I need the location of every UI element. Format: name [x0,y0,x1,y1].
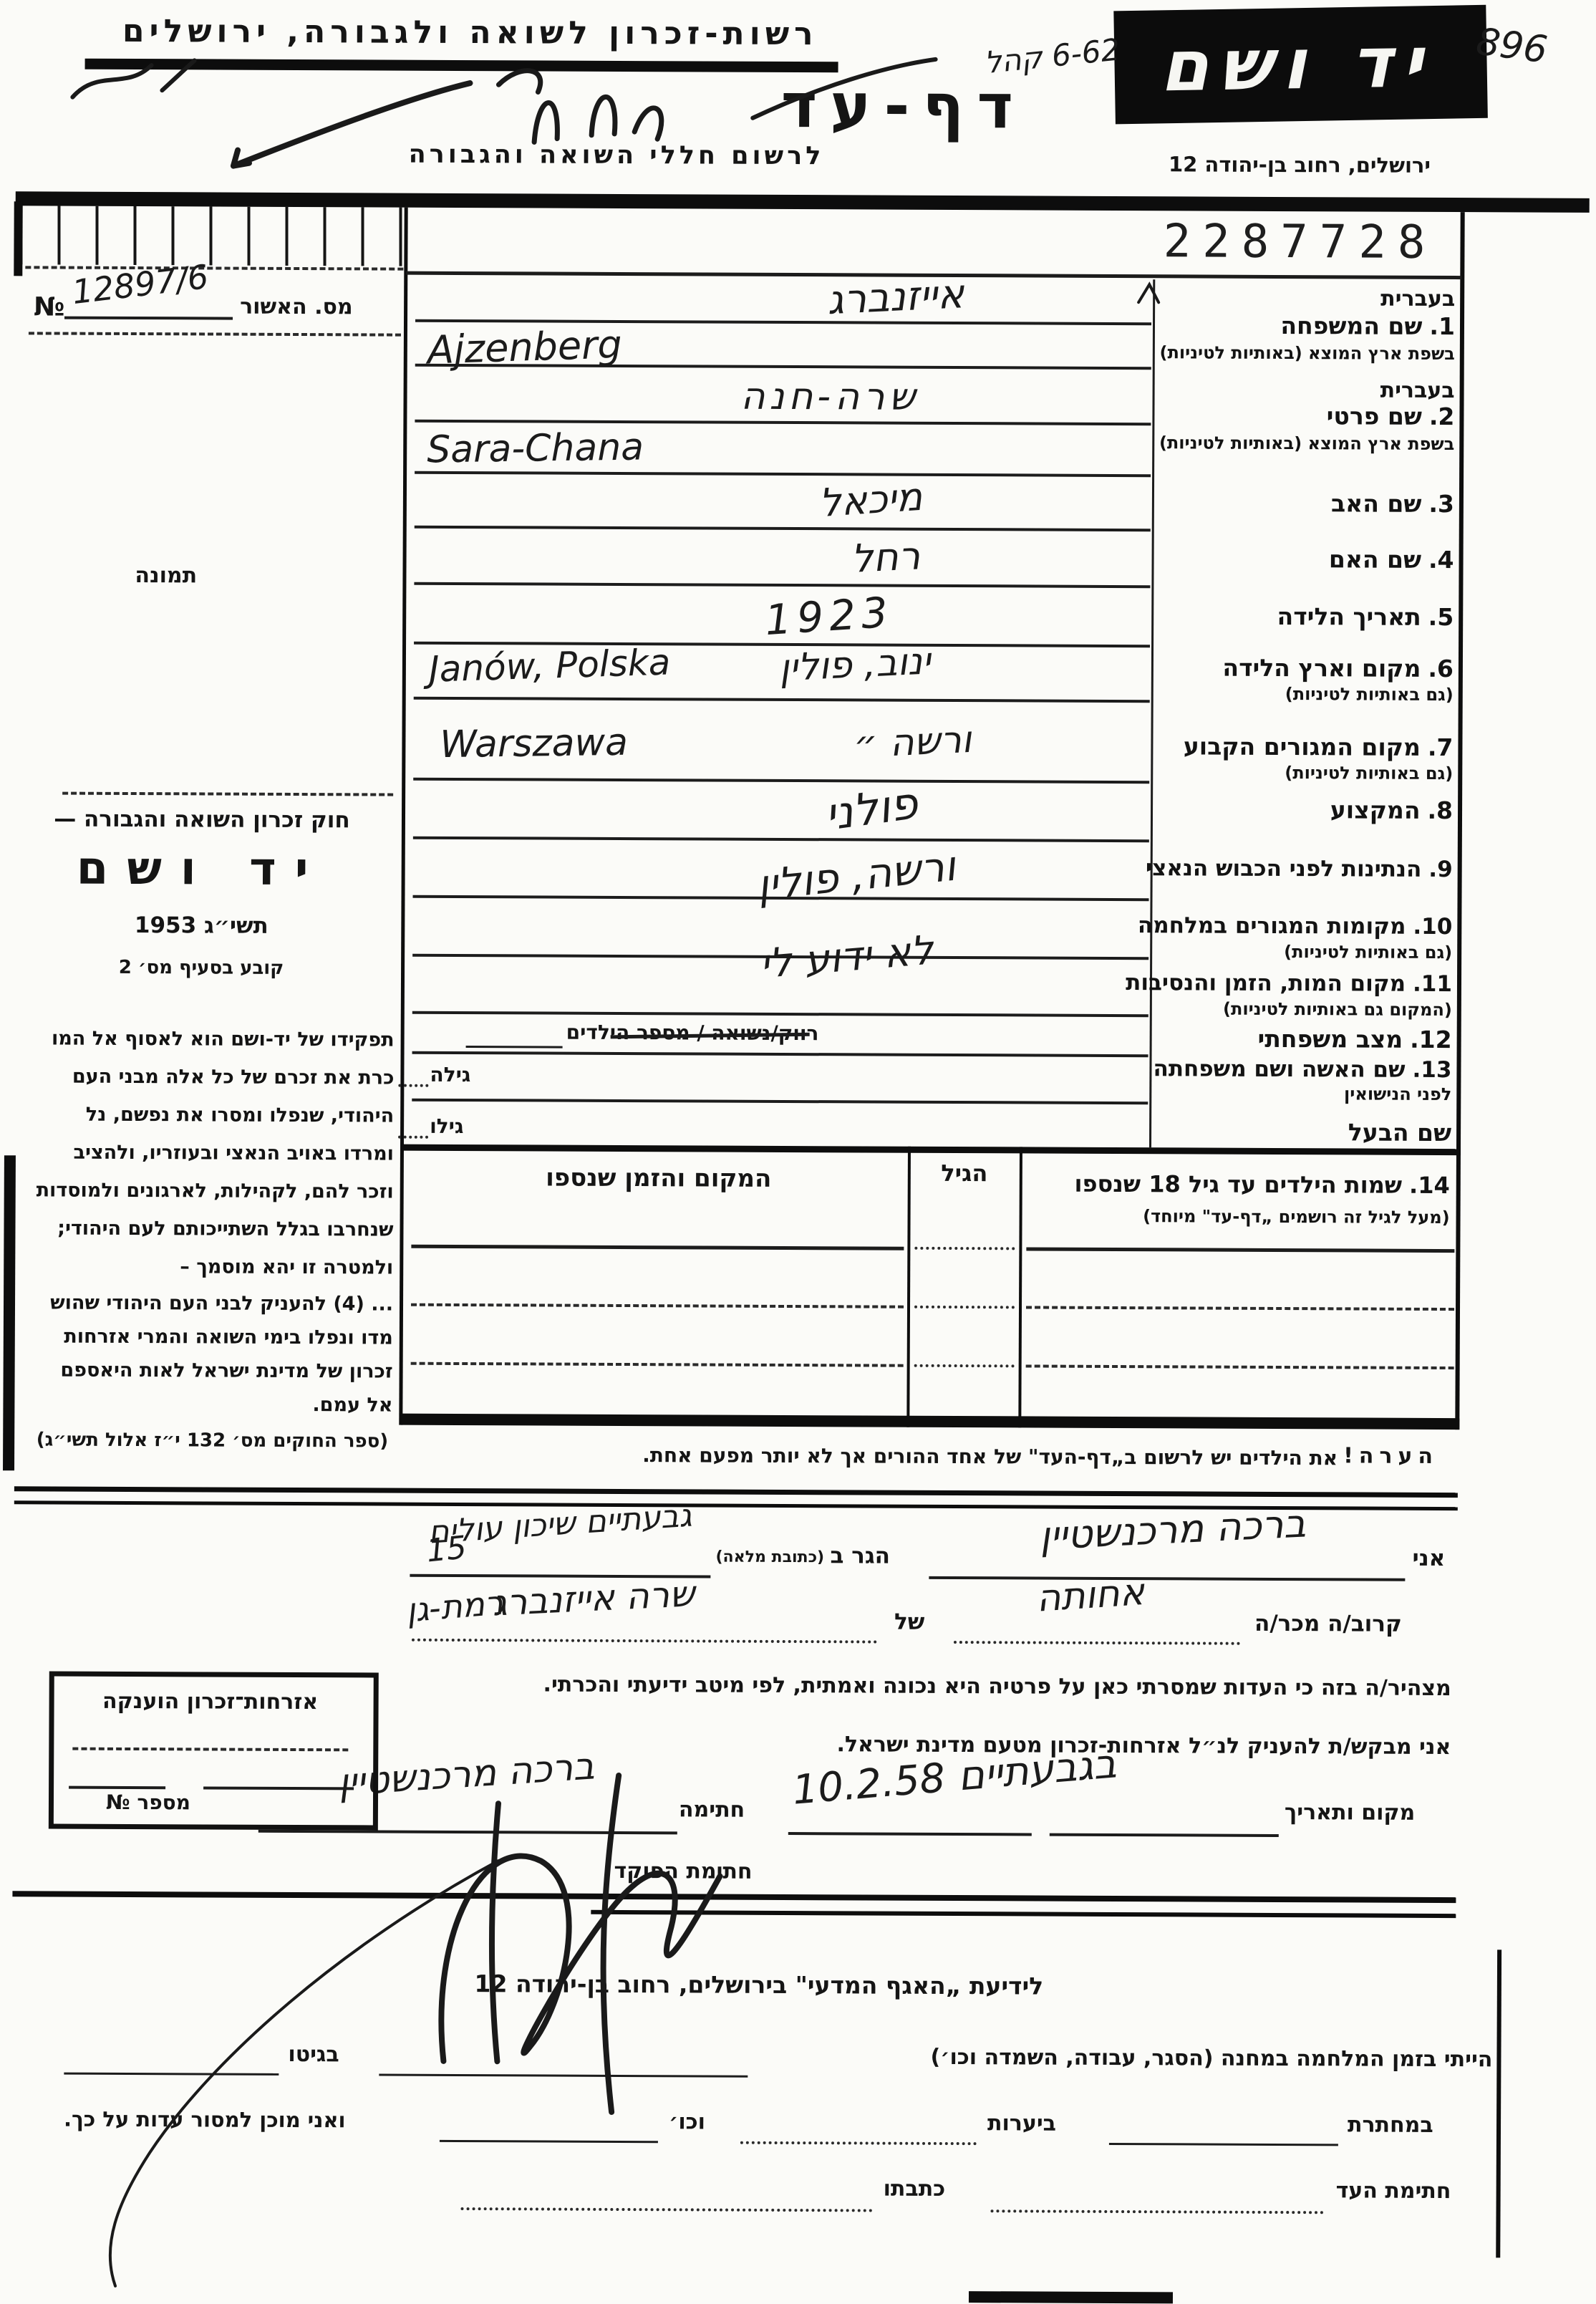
law-line: תפקידו של יד-ושם הוא לאסוף אל המו [8,1019,395,1059]
note-label: הערה! [1343,1443,1438,1469]
law-line: ולמטרה זו יהא מוסמך – [6,1247,393,1286]
children-table-col-divider-1 [906,1147,911,1427]
children-table-bottom-bar [401,1414,1459,1430]
field-number: 9. [1428,857,1453,882]
children-field-label-14: 14.שמות הילדים עד גיל 18 שנספו [1035,1170,1450,1200]
decl-statement: מצהיר/ה בזה כי העדות שמסרתי כאן על פרטיה… [402,1672,1451,1701]
field-number: 11. [1413,971,1452,997]
stamp-address: ירושלים, רחוב בן-יהודה 12 [1113,152,1486,178]
photo-placeholder-label: תמונה [135,563,197,588]
field-sublabel-1: בשפת ארץ המוצא (באותיות לטיניות) [1160,342,1455,364]
marital-trailing-line [466,1046,563,1049]
his-age-label: גילו [430,1114,463,1138]
decl-resides-label: הגר ב [830,1543,890,1568]
law-source: (ספר החוקים מס׳ 132 י״ז אלול תשי״ג) [9,1429,388,1452]
hw-house-number: 15 [425,1529,468,1569]
header-pen-loops [498,71,662,143]
hw-birthplace-hebrew: ינוב, פולין [778,640,932,690]
field-label-13: 13.שם האשה ושם משפחתה [1156,1056,1451,1083]
footer-ghetto-label: בגיטו [288,2042,339,2067]
children-col-age-header: הגיל [911,1160,1018,1187]
field-label-7: 7.מקום המגורים הקבוע [1158,732,1453,761]
cert-underline [29,332,401,336]
field-title: שם האם [1329,545,1421,574]
field-number: 13. [1412,1057,1451,1083]
form-right-border [1455,212,1464,1430]
field-title: שם המשפחה [1280,312,1422,340]
children-col-place-header: המקום והזמן שנספו [419,1163,899,1194]
place-date-label: מקום ותאריך [1285,1800,1415,1826]
footer-underground-line [1109,2143,1338,2146]
field-label-5: 5.תאריך הלידה [1159,602,1454,631]
hw-mother-name: רחל [850,533,921,582]
comb-underline [25,266,403,270]
cert-no-symbol: № [34,292,64,322]
field-number: 4. [1428,546,1454,574]
write-line-8 [413,837,1149,842]
footer-right-border [1496,1949,1501,2257]
serial-number: 2287728 [1149,215,1450,269]
comb-first-tick [14,201,22,276]
scan-content: רשות-זכרון לשואה ולגבורה, ירושלים דף-עד … [0,0,1596,2304]
cert-number-handwritten: 12897/6 [70,257,211,312]
signature-label: חתימה [679,1797,745,1822]
hw-witness-address-2: רמת-גן [405,1583,505,1629]
write-line-4 [414,582,1150,588]
field-title: שם האשה ושם משפחתה [1153,1056,1405,1083]
registrar-signature-scrawl [441,1775,720,2113]
field-label-2: 2.שם פרטי [1159,401,1454,430]
footer-underground-label: במחתרת [1348,2112,1433,2138]
law-line: מדו ונפלו בימי השואה והמרי אזרחות [6,1319,393,1354]
hw-note-right-of-stamp: 896 [1474,20,1549,72]
field-label-11: 11.מקום המות, הזמן והנסיבות [1157,970,1452,997]
signature-line [258,1830,677,1835]
field-title: שם האב [1331,489,1421,518]
footer-witness-address-line [461,2207,873,2212]
write-line-2a [415,420,1151,425]
children-row-line-3-mid [914,1364,1015,1368]
footer-divider-top [12,1891,1456,1903]
law-line: אל עמם. [6,1387,392,1422]
hw-relation: אחותה [1035,1571,1146,1621]
field-label-10: 10.מקומות המגורים במלחמה [1157,912,1452,940]
field-number: 10. [1413,914,1452,940]
footer-attn-title: לידיעת „האגף המדעי" בירושלים, רחוב בן-יה… [379,1970,1138,2001]
form-title: דף-עד [776,70,1030,143]
hw-birthplace-latin: Janów, Polska [428,641,671,690]
place-date-line-right [1050,1833,1279,1837]
children-field-sublabel-14: (מעל לגיל זה רושמים „דף-עד" מיוחד) [1035,1206,1450,1228]
hw-place-of-death: לא ידוע לי [758,927,935,988]
write-line-7 [413,778,1149,784]
perforation-comb [19,206,405,266]
field-title: שמות הילדים עד גיל 18 שנספו [1074,1170,1402,1199]
decl-i-label: אני [1412,1546,1445,1571]
law-paragraph-1: תפקידו של יד-ושם הוא לאסוף אל המו כרת את… [6,1019,395,1286]
law-name: יד ושם [30,842,374,896]
field-title: שם פרטי [1327,402,1422,430]
label-column-caret [1138,284,1159,302]
note-divider-top [14,1486,1458,1498]
authority-underline [85,59,838,73]
her-age-label: גילה [430,1063,470,1086]
label-hebrew-1: בעברית [1160,285,1455,312]
field-number: 2. [1429,403,1455,430]
write-line-13 [412,1099,1148,1104]
footer-witness-signature-line [991,2209,1324,2214]
field-sublabel-6: (גם באותיות לטיניות) [1159,683,1454,705]
children-row-line-2-left [411,1303,904,1308]
field-sublabel-10: (גם באותיות לטיניות) [1157,941,1452,963]
field-title: המקצוע [1330,796,1421,824]
children-row-line-3-left [411,1362,904,1367]
law-line: היהודי, שנפלו ומסרו את נפשם, נל [7,1095,394,1134]
footer-forests-label: ביערות [987,2111,1056,2136]
decl-relation-label: קרוב/ה מכר/ה [1254,1611,1402,1637]
law-line: שנחרבו בגלל השתייכותם לעם היהודי; [6,1209,393,1248]
field-number: 7. [1428,733,1454,761]
hw-residence-hebrew: ורשה ״ [853,718,972,767]
footer-etc-label: וכו׳ [669,2109,705,2134]
footer-camp-line [379,2074,748,2078]
hw-father-name: מיכאל [818,474,924,526]
field-label-3: 3.שם האב [1159,488,1454,518]
field-title: מקום המות, הזמן והנסיבות [1126,970,1406,997]
field-sublabel-11: (המקום גם באותיות לטיניות) [1157,998,1452,1020]
label-column-divider [1149,279,1155,1147]
her-age-dots [398,1084,428,1087]
field-number: 14. [1409,1172,1450,1199]
hw-firstname-hebrew: שרה-חנה [740,375,919,419]
law-line: כרת את זכרם של כל אלה מבני העם [7,1057,394,1096]
hw-citizenship: פולני [822,776,921,841]
his-age-dots [398,1136,428,1139]
label-hebrew-2: בעברית [1160,377,1455,403]
field-label-4: 4.שם האם [1159,544,1454,574]
children-row-line-1-mid [914,1247,1015,1250]
form-left-border [399,208,407,1425]
husband-name-label: שם הבעל [1156,1117,1451,1147]
memorial-citizenship-title: אזרחות־זכרון הוענקה [62,1689,359,1715]
law-line: וזכר להם, לקהילות, לארגונים ולמוסדות [7,1171,394,1210]
footer-witness-address-label: כתבתו [884,2177,946,2202]
law-year: תשי״ג 1953 [29,912,373,939]
write-line-2b [415,471,1151,477]
decl-address-paren: (כתובת מלאה) [715,1548,824,1567]
field-sublabel-13: לפני הנישואין [1156,1083,1451,1104]
field-title: הנתינות לפני הכבוש הנאצי [1146,855,1422,882]
law-clause: קובע בסעיף מס׳ 2 [29,956,373,979]
children-row-line-2-right [1026,1306,1454,1311]
children-row-line-3-right [1026,1364,1454,1369]
write-line-6 [414,697,1150,703]
field-number: 8. [1427,796,1453,824]
hw-surname-latin: Ajzenberg [427,322,623,372]
stamp-text: יד ושם [1156,21,1445,108]
write-line-3 [415,526,1151,531]
authority-title: רשות-זכרון לשואה ולגבורה, ירושלים [80,13,861,53]
hw-victim-reference: שרה אייזנברג [491,1573,696,1624]
footer-witness-signature-label: חתימת העד [1336,2178,1451,2204]
decl-of-label: של [894,1609,924,1635]
children-row-line-1-right [1026,1247,1454,1253]
scan-bottom-smudge [969,2291,1173,2303]
form-subtitle: לרשום חללי השואה והגבורה [373,140,860,170]
field-title: מקומות המגורים במלחמה [1138,912,1406,940]
victim-reference-line [412,1639,877,1644]
field-title: תאריך הלידה [1277,602,1421,631]
children-row-line-1-left [411,1245,904,1250]
memorial-box-number-label: מספר № [65,1790,190,1815]
hw-surname-hebrew: אייזנברג [826,271,965,324]
write-line-12 [412,1051,1148,1057]
place-date-line-left [788,1832,1032,1836]
field-title: מקום המגורים הקבוע [1184,732,1421,761]
law-line: ... (4) להעניק לבני העם היהודי שהוש [6,1286,393,1321]
yad-vashem-stamp: יד ושם [1113,5,1488,125]
law-top-dashed [62,792,393,796]
footer-etc-line [440,2140,658,2143]
scan-edge-artifact [3,1155,16,1470]
relation-line [954,1641,1240,1645]
field-label-1: 1.שם המשפחה [1160,311,1455,340]
children-row-line-2-mid [914,1306,1015,1309]
field-title: מצב משפחתי [1258,1025,1403,1054]
field-number: 5. [1428,603,1454,631]
footer-camp-label: הייתי בזמן המלחמה במחנה (הסגר, עבודה, הש… [755,2044,1492,2072]
cert-number-line [64,317,233,320]
field-number: 12. [1410,1026,1452,1054]
law-paragraph-2: ... (4) להעניק לבני העם היהודי שהוש מדו … [6,1286,393,1422]
memorial-box-line-left [69,1786,165,1790]
law-line: ומרדו באויב הנאצי ובעוזריו, ולהציב [7,1133,394,1172]
field-label-9: 9.הנתינות לפני הכבוש הנאצי [1158,855,1453,882]
hw-residence-latin: Warszawa [440,721,628,766]
footer-divider-bottom [591,1910,1456,1918]
footer-ghetto-line [64,2073,279,2076]
footer-forests-line [740,2141,977,2145]
note-text: את הילדים יש לרשום ב„דף-העד" של אחד ההור… [614,1443,1338,1470]
field-number: 3. [1428,490,1454,518]
hw-birth-year: 1923 [763,587,895,645]
field-sublabel-7: (גם באותיות לטיניות) [1158,762,1453,784]
field-number: 6. [1428,655,1454,683]
write-line-11 [412,1011,1148,1017]
law-line: זכרון של מדינת ישראל לאות היאספם [6,1353,393,1388]
field-title: מקום וארץ הלידה [1222,654,1421,683]
witness-name-line [929,1576,1405,1581]
field-number: 1. [1429,312,1455,340]
field-label-6: 6.מקום וארץ הלידה [1159,653,1454,683]
field-label-12: 12.מצב משפחתי [1157,1024,1452,1054]
law-intro: חוק זכרון השואה והגבורה — [30,806,374,833]
hw-firstname-latin: Sara-Chana [427,425,644,471]
field-sublabel-2: בשפת ארץ המוצא (באותיות לטיניות) [1159,433,1454,454]
field-label-8: 8.המקצוע [1158,795,1453,824]
cert-label: מס. האשור [240,294,353,320]
registrar-signature-label: חתימת הפוקד [614,1859,753,1884]
children-table-col-divider-2 [1018,1147,1022,1427]
testimony-page: רשות-זכרון לשואה ולגבורה, ירושלים דף-עד … [0,0,1596,2304]
footer-testify-label: ואני מוכן למסור עדות על כך. [64,2107,429,2133]
